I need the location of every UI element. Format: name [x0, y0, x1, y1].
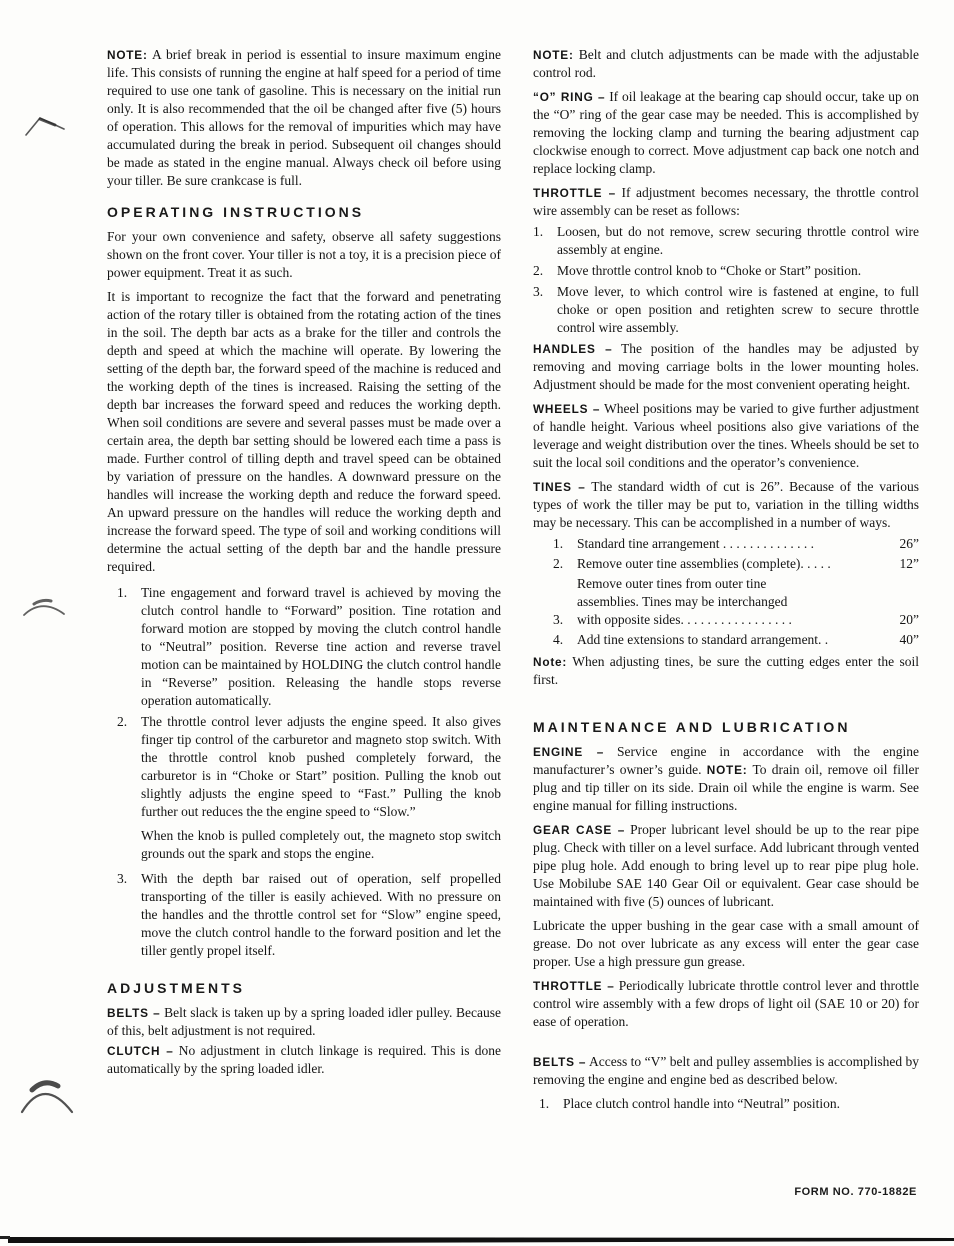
- control-rod-note-paragraph: NOTE: Belt and clutch adjustments can be…: [533, 46, 919, 82]
- tine-item-width-value: 40”: [894, 631, 920, 649]
- list-item-number: 2.: [533, 262, 557, 280]
- list-item-text: Tine engagement and forward travel is ac…: [141, 584, 501, 710]
- belts-access-text: Access to “V” belt and pulley assemblies…: [533, 1054, 919, 1087]
- belts-access-paragraph: BELTS – Access to “V” belt and pulley as…: [533, 1053, 919, 1089]
- pencil-arc-mark-icon: [18, 592, 73, 627]
- tine-note-paragraph: Note: When adjusting tines, be sure the …: [533, 653, 919, 689]
- tine-list-item: 3. Remove outer tines from outer tine as…: [553, 575, 919, 629]
- belts-label: BELTS –: [107, 1006, 160, 1020]
- tines-text: The standard width of cut is 26”. Becaus…: [533, 479, 919, 530]
- handles-label: HANDLES –: [533, 342, 612, 356]
- list-item-number: 1.: [539, 1095, 563, 1113]
- note-label: NOTE:: [533, 48, 574, 62]
- list-item-number: 1.: [553, 535, 577, 553]
- tine-width-list: 1. Standard tine arrangement . . . . . .…: [553, 535, 919, 649]
- note-label: Note:: [533, 655, 567, 669]
- engine-label: ENGINE –: [533, 745, 604, 759]
- tine-item-text: Remove outer tine assemblies (complete).…: [577, 555, 894, 573]
- throttle-label: THROTTLE –: [533, 979, 615, 993]
- list-item-number: 4.: [553, 631, 577, 649]
- section-title-adjustments: ADJUSTMENTS: [107, 980, 501, 996]
- tine-item-text: Remove outer tines from outer tine assem…: [577, 575, 894, 629]
- list-item-text: Move throttle control knob to “Choke or …: [557, 262, 919, 280]
- lubricate-bushing-paragraph: Lubricate the upper bushing in the gear …: [533, 917, 919, 971]
- throttle-label: THROTTLE –: [533, 186, 616, 200]
- list-item: 3. With the depth bar raised out of oper…: [117, 870, 501, 960]
- list-item-text: The throttle control lever adjusts the e…: [141, 713, 501, 821]
- note-text: A brief break in period is essential to …: [107, 47, 501, 188]
- list-item-text: Loosen, but do not remove, screw securin…: [557, 223, 919, 259]
- o-ring-label: “O” RING –: [533, 90, 605, 104]
- list-item-number: 3.: [117, 870, 141, 960]
- manual-page: NOTE: A brief break in period is essenti…: [0, 0, 954, 1246]
- tine-item-width-value: 12”: [894, 555, 920, 573]
- list-item: 2. The throttle control lever adjusts th…: [117, 713, 501, 867]
- tines-label: TINES –: [533, 480, 586, 494]
- tine-item-text: Add tine extensions to standard arrangem…: [577, 631, 894, 649]
- operating-paragraph-1: For your own convenience and safety, obs…: [107, 228, 501, 282]
- list-item-number: 2.: [117, 713, 141, 867]
- list-item-number: 2.: [553, 555, 577, 573]
- note-label: NOTE:: [107, 48, 148, 62]
- list-item-text: Move lever, to which control wire is fas…: [557, 283, 919, 337]
- list-item-number: 1.: [117, 584, 141, 710]
- pencil-check-mark-icon: [18, 105, 78, 150]
- left-column: NOTE: A brief break in period is essenti…: [107, 46, 501, 1084]
- pencil-arc-mark-heavy-icon: [14, 1072, 80, 1120]
- list-item-text: Place clutch control handle into “Neutra…: [563, 1095, 919, 1113]
- tine-list-item: 1. Standard tine arrangement . . . . . .…: [553, 535, 919, 553]
- note-text: When adjusting tines, be sure the cuttin…: [533, 654, 919, 687]
- list-item: 1. Loosen, but do not remove, screw secu…: [533, 223, 919, 259]
- belts-label: BELTS –: [533, 1055, 586, 1069]
- section-title-maintenance-lubrication: MAINTENANCE AND LUBRICATION: [533, 719, 919, 735]
- list-item: 1. Place clutch control handle into “Neu…: [539, 1095, 919, 1113]
- belts-adjustment-paragraph: BELTS – Belt slack is taken up by a spri…: [107, 1004, 501, 1040]
- clutch-label: CLUTCH –: [107, 1044, 174, 1058]
- wheels-paragraph: WHEELS – Wheel positions may be varied t…: [533, 400, 919, 472]
- handles-paragraph: HANDLES – The position of the handles ma…: [533, 340, 919, 394]
- belts-text: Belt slack is taken up by a spring loade…: [107, 1005, 501, 1038]
- throttle-lubrication-paragraph: THROTTLE – Periodically lubricate thrott…: [533, 977, 919, 1031]
- tine-list-item: 4. Add tine extensions to standard arran…: [553, 631, 919, 649]
- list-item: 1. Tine engagement and forward travel is…: [117, 584, 501, 710]
- gear-case-paragraph: GEAR CASE – Proper lubricant level shoul…: [533, 821, 919, 911]
- operating-paragraph-2: It is important to recognize the fact th…: [107, 288, 501, 576]
- list-item-number: 3.: [553, 611, 577, 629]
- note-text: Belt and clutch adjustments can be made …: [533, 47, 919, 80]
- list-item: 3. Move lever, to which control wire is …: [533, 283, 919, 337]
- throttle-steps-list: 1. Loosen, but do not remove, screw secu…: [533, 223, 919, 337]
- list-item-number: 1.: [533, 223, 557, 259]
- clutch-adjustment-paragraph: CLUTCH – No adjustment in clutch linkage…: [107, 1042, 501, 1078]
- break-in-note-paragraph: NOTE: A brief break in period is essenti…: [107, 46, 501, 190]
- tine-item-width-value: 20”: [894, 611, 920, 629]
- note-label: NOTE:: [707, 763, 748, 777]
- list-item-text: With the depth bar raised out of operati…: [141, 870, 501, 960]
- list-item: 2. Move throttle control knob to “Choke …: [533, 262, 919, 280]
- wheels-label: WHEELS –: [533, 402, 600, 416]
- engine-maintenance-paragraph: ENGINE – Service engine in accordance wi…: [533, 743, 919, 815]
- list-item-number: 3.: [533, 283, 557, 337]
- tine-list-item: 2. Remove outer tine assemblies (complet…: [553, 555, 919, 573]
- operating-numbered-list: 1. Tine engagement and forward travel is…: [117, 584, 501, 960]
- tine-item-width-value: 26”: [894, 535, 920, 553]
- throttle-adjust-paragraph: THROTTLE – If adjustment becomes necessa…: [533, 184, 919, 220]
- right-column: NOTE: Belt and clutch adjustments can be…: [533, 46, 919, 1116]
- tines-paragraph: TINES – The standard width of cut is 26”…: [533, 478, 919, 532]
- tine-item-text: Standard tine arrangement . . . . . . . …: [577, 535, 894, 553]
- list-item-subparagraph: When the knob is pulled completely out, …: [141, 827, 501, 863]
- gear-case-label: GEAR CASE –: [533, 823, 625, 837]
- form-number-footer: FORM NO. 770-1882E: [794, 1186, 917, 1198]
- o-ring-paragraph: “O” RING – If oil leakage at the bearing…: [533, 88, 919, 178]
- section-title-operating-instructions: OPERATING INSTRUCTIONS: [107, 204, 501, 220]
